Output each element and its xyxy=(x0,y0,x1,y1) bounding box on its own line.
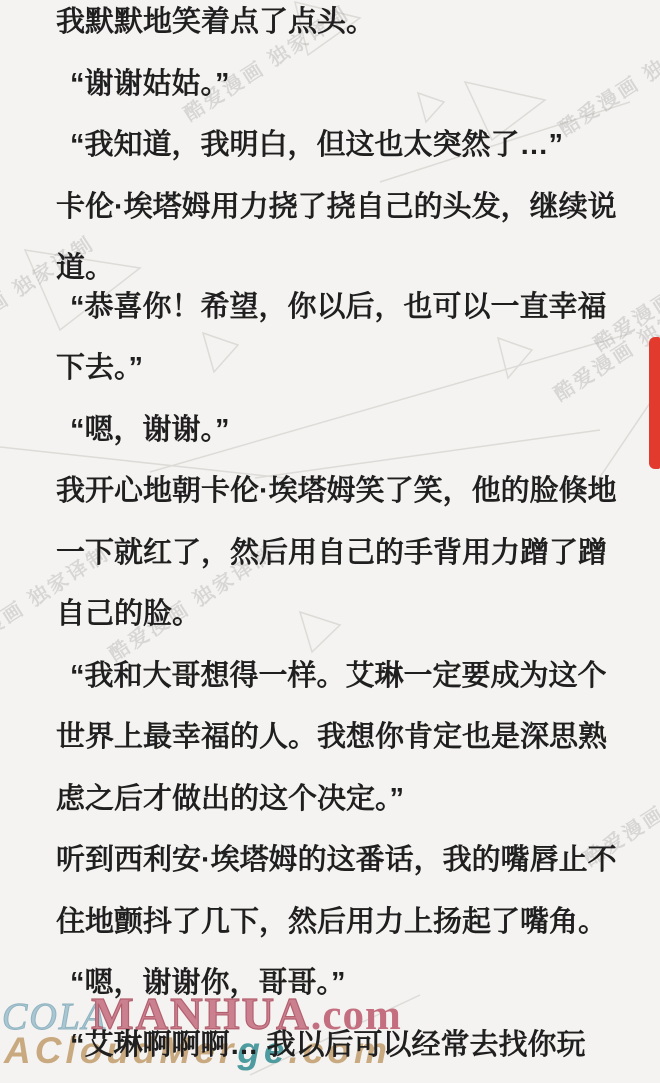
text-line: “谢谢姑姑。” xyxy=(56,54,640,116)
paragraph: 听到西利安·埃塔姆的这番话，我的嘴唇止不住地颤抖了几下，然后用力上扬起了嘴角。 xyxy=(56,830,640,953)
paragraph: “嗯，谢谢。” xyxy=(56,400,640,462)
text-line: 听到西利安·埃塔姆的这番话，我的嘴唇止不 xyxy=(56,830,640,892)
paragraph: “恭喜你！希望，你以后，也可以一直幸福下去。” xyxy=(56,277,640,400)
text-line: “嗯，谢谢你，哥哥。” xyxy=(56,953,640,1015)
paragraph: “我和大哥想得一样。艾琳一定要成为这个世界上最幸福的人。我想你肯定也是深思熟虑之… xyxy=(56,646,640,831)
text-line: 自己的脸。 xyxy=(56,584,640,646)
text-line: “我知道，我明白，但这也太突然了…” xyxy=(56,115,640,177)
text-line: 虑之后才做出的这个决定。” xyxy=(56,769,640,831)
text-line: 一下就红了，然后用自己的手背用力蹭了蹭 xyxy=(56,523,640,585)
text-line: “我和大哥想得一样。艾琳一定要成为这个 xyxy=(56,646,640,708)
paragraph: 我开心地朝卡伦·埃塔姆笑了笑，他的脸倏地一下就红了，然后用自己的手背用力蹭了蹭自… xyxy=(56,461,640,646)
text-line: 我默默地笑着点了点头。 xyxy=(56,0,640,54)
paragraph: “艾琳啊啊啊… 我以后可以经常去找你玩 xyxy=(56,1015,640,1077)
text-line: “艾琳啊啊啊… 我以后可以经常去找你玩 xyxy=(56,1015,640,1077)
story-text: 我默默地笑着点了点头。“谢谢姑姑。”“我知道，我明白，但这也太突然了…”卡伦·埃… xyxy=(56,0,640,1076)
manga-text-page: 酷爱漫画 独家译制 酷爱漫画 独家译制 酷爱漫画 独家译制 酷爱漫画 独家译制 … xyxy=(0,0,660,1083)
scroll-indicator[interactable] xyxy=(649,337,660,469)
text-line: 我开心地朝卡伦·埃塔姆笑了笑，他的脸倏地 xyxy=(56,461,640,523)
text-line: 下去。” xyxy=(56,338,640,400)
paragraph: “嗯，谢谢你，哥哥。” xyxy=(56,953,640,1015)
paragraph: “我知道，我明白，但这也太突然了…” xyxy=(56,115,640,177)
text-line: “嗯，谢谢。” xyxy=(56,400,640,462)
text-line: 世界上最幸福的人。我想你肯定也是深思熟 xyxy=(56,707,640,769)
paragraph: 我默默地笑着点了点头。 xyxy=(56,0,640,54)
paragraph: “谢谢姑姑。” xyxy=(56,54,640,116)
text-line: “恭喜你！希望，你以后，也可以一直幸福 xyxy=(56,277,640,339)
text-line: 卡伦·埃塔姆用力挠了挠自己的头发，继续说 xyxy=(56,177,640,239)
text-line: 住地颤抖了几下，然后用力上扬起了嘴角。 xyxy=(56,892,640,954)
